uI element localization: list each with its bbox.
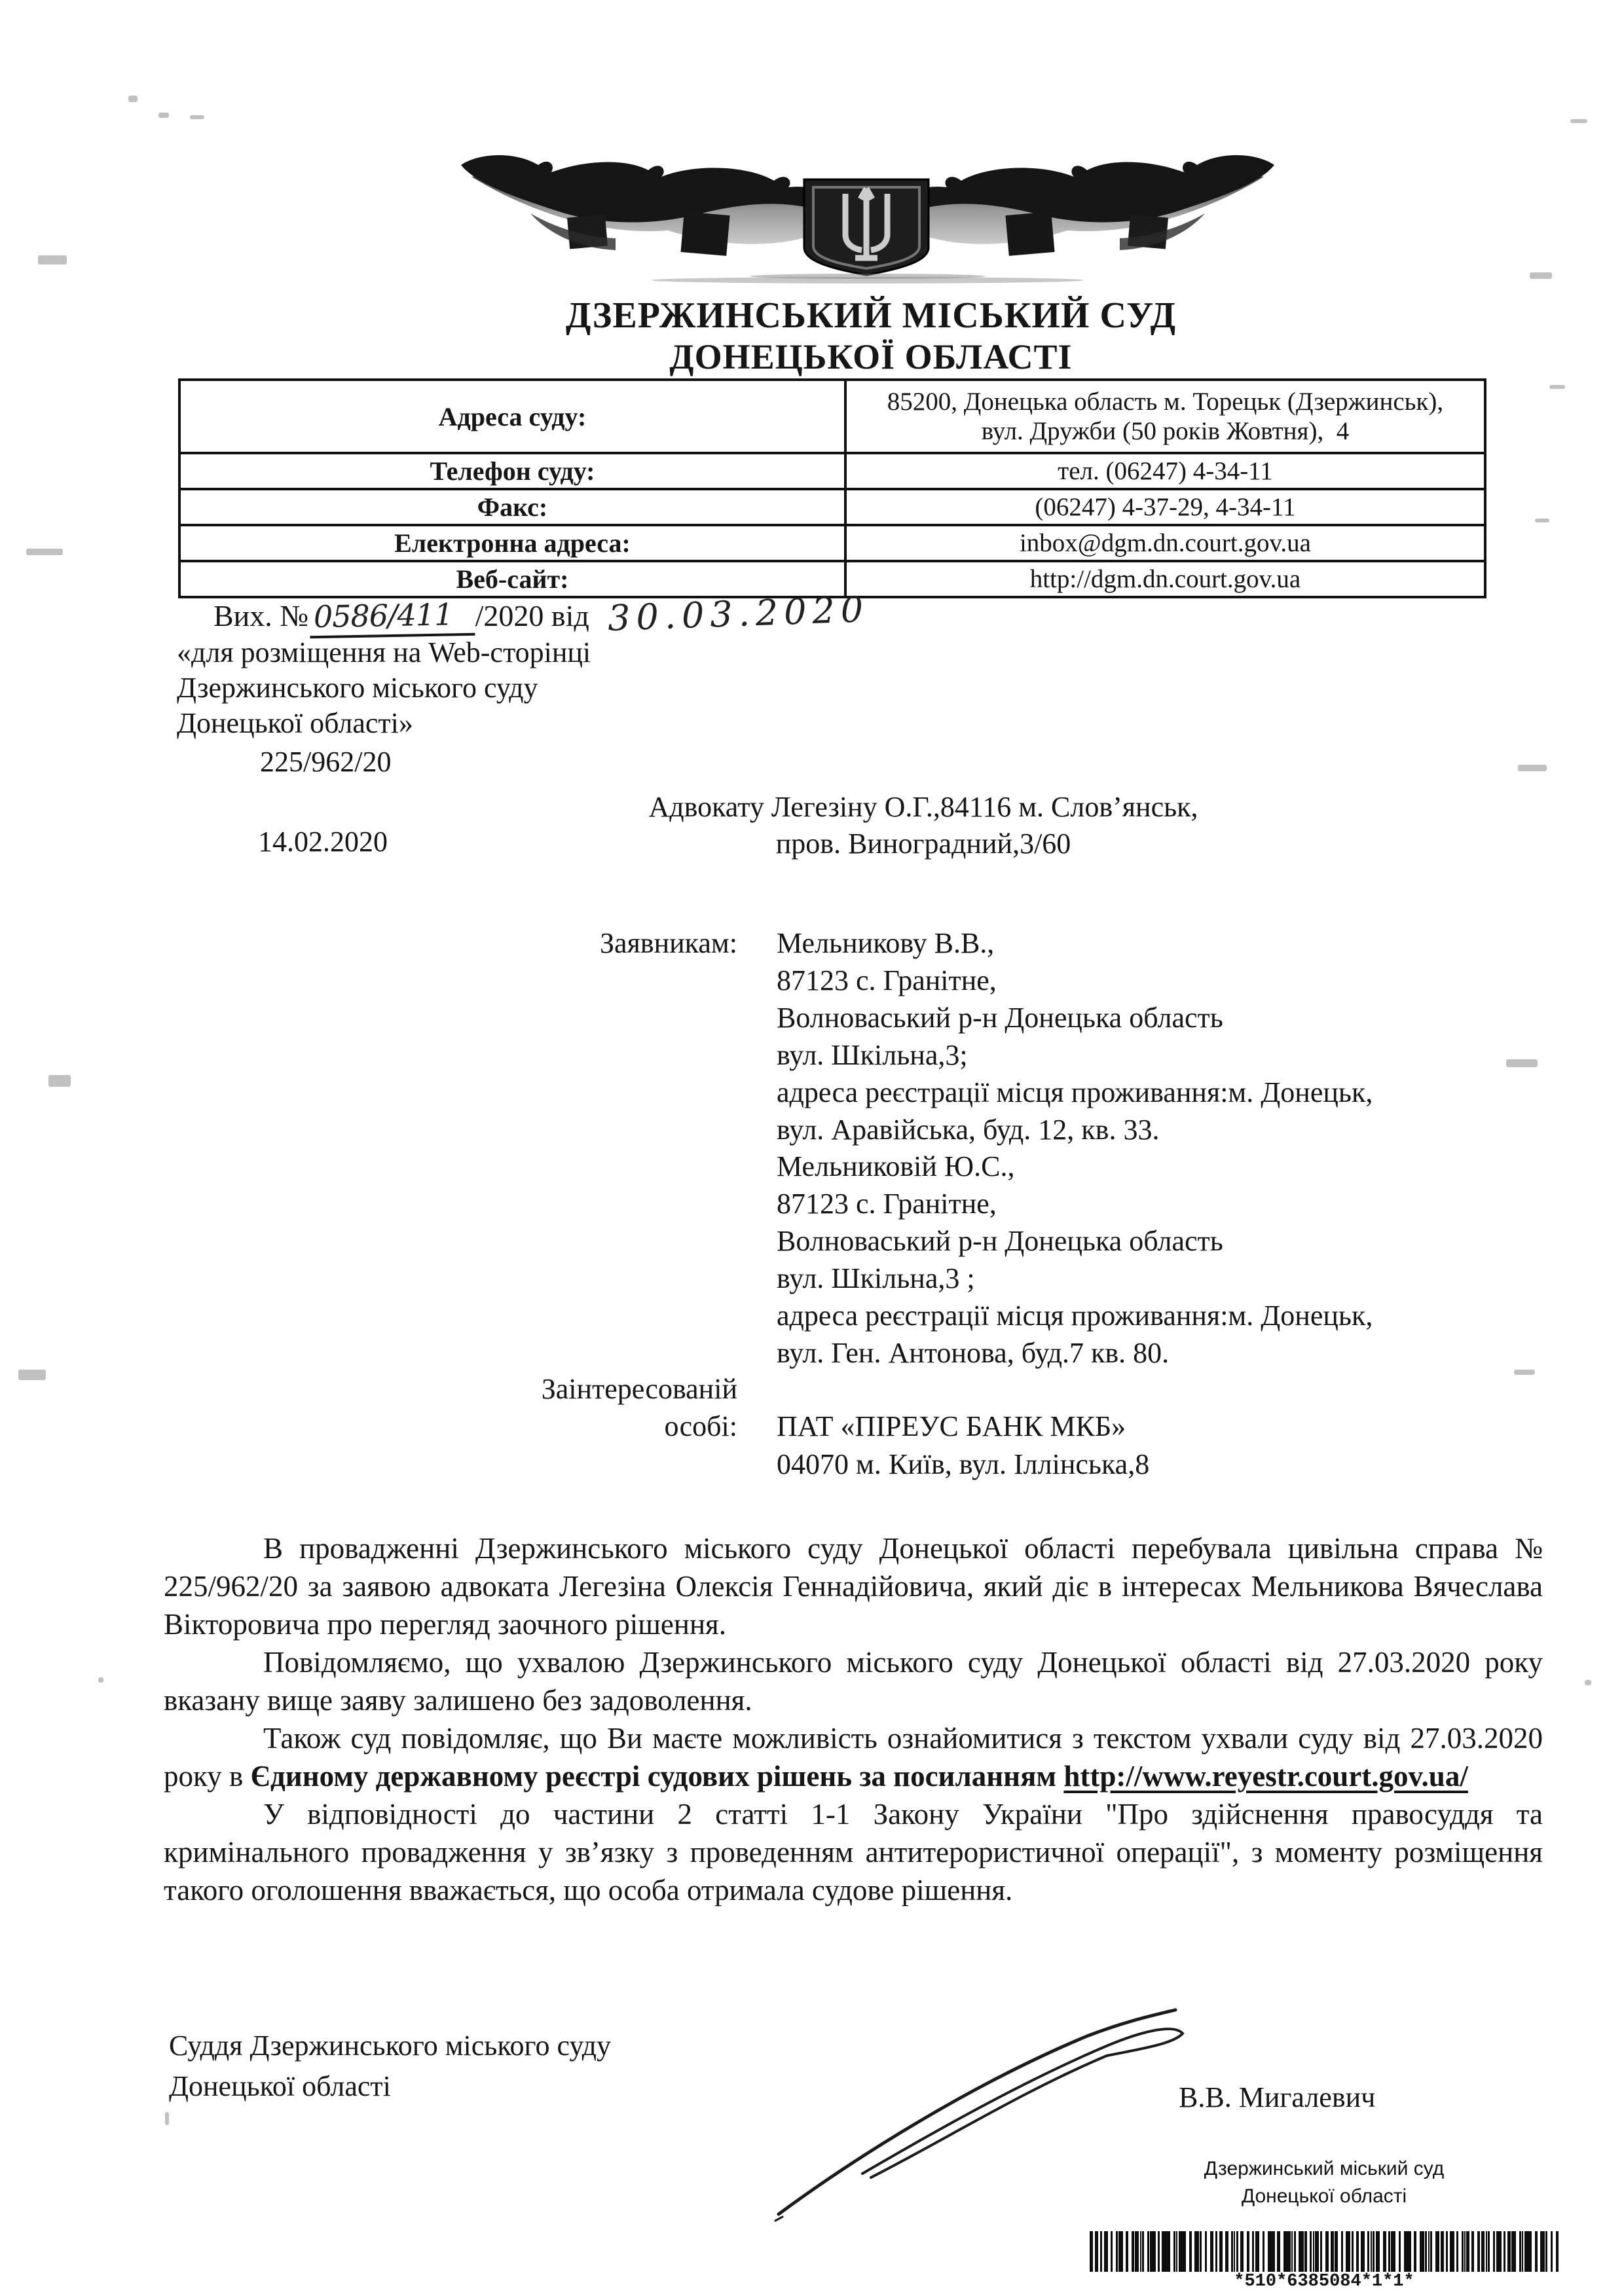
judge-title-line2: Донецької області <box>169 2066 611 2107</box>
address-line: 87123 с. Гранітне, <box>777 1185 1373 1222</box>
row-value: http://dgm.dn.court.gov.ua <box>845 561 1485 597</box>
advocate-address: Адвокату Легезіну О.Г.,84116 м. Слов’янс… <box>576 789 1270 862</box>
winged-trident-emblem-icon <box>452 151 1283 285</box>
body-paragraph-1: В провадженні Дзержинського міського суд… <box>164 1529 1543 1643</box>
scan-artifact <box>98 1677 103 1683</box>
body-paragraph-2: Повідомляємо, що ухвалою Дзержинського м… <box>164 1643 1543 1719</box>
address-line: вул. Аравійська, буд. 12, кв. 33. <box>777 1111 1373 1148</box>
scan-artifact <box>1518 765 1547 771</box>
scan-artifact <box>1530 272 1552 279</box>
scan-artifact <box>1585 1680 1591 1685</box>
scan-artifact <box>190 115 204 119</box>
registry-url: http://www.reyestr.court.gov.ua/ <box>1063 1760 1467 1793</box>
judge-name: В.В. Мигалевич <box>1179 2081 1375 2114</box>
applicants-label: Заявникам: <box>453 924 737 962</box>
address-line: адреса реєстрації місця проживання:м. До… <box>777 1297 1373 1334</box>
scan-artifact <box>38 255 67 264</box>
scan-artifact <box>1506 1059 1538 1067</box>
address-line: Мельниковій Ю.С., <box>777 1148 1373 1185</box>
note-line: Дзержинського міського суду <box>177 670 591 706</box>
address-line: адреса реєстрації місця проживання:м. До… <box>777 1074 1373 1111</box>
scan-artifact <box>158 113 169 118</box>
row-value: (06247) 4-37-29, 4-34-11 <box>845 489 1485 525</box>
row-label: Електронна адреса: <box>179 525 845 561</box>
court-contact-table: Адреса суду: 85200, Донецька область м. … <box>178 378 1486 598</box>
address-line: вул. Ген. Антонова, буд.7 кв. 80. <box>777 1334 1373 1372</box>
judge-title-line1: Суддя Дзержинського міського суду <box>169 2026 611 2066</box>
row-label: Веб-сайт: <box>179 561 845 597</box>
stamp-line2: Донецької області <box>1090 2183 1559 2210</box>
address-line: Волноваський р-н Донецька область <box>777 1222 1373 1260</box>
barcode-text: *510*6385084*1*1* <box>1090 2272 1559 2291</box>
address-line: Волноваський р-н Донецька область <box>777 999 1373 1036</box>
scan-artifact <box>1549 385 1565 389</box>
body-paragraph-4: У відповідності до частини 2 статті 1-1 … <box>164 1795 1543 1909</box>
scanned-court-letter-page: ДЗЕРЖИНСЬКИЙ МІСЬКИЙ СУД ДОНЕЦЬКОЇ ОБЛАС… <box>0 0 1624 2296</box>
outgoing-reference-line: Вих. №0586/411/2020 від30.03.2020 <box>213 593 869 637</box>
placement-note: «для розміщення на Web-сторінці Дзержинс… <box>177 635 591 741</box>
scan-artifact <box>1570 119 1587 123</box>
address-line: ПАТ «ПІРЕУС БАНК МКБ» <box>777 1408 1149 1446</box>
stamp-line1: Дзержинський міський суд <box>1090 2155 1559 2183</box>
judge-title: Суддя Дзержинського міського суду Донець… <box>169 2026 611 2107</box>
letter-body: В провадженні Дзержинського міського суд… <box>164 1529 1543 1909</box>
label-line: Заінтересованій <box>453 1370 737 1408</box>
address-line: 04070 м. Київ, вул. Іллінська,8 <box>777 1446 1149 1484</box>
row-value: inbox@dgm.dn.court.gov.ua <box>845 525 1485 561</box>
address-line: Мельникову В.В., <box>777 924 1373 962</box>
outgoing-date-handwritten: 30.03.2020 <box>607 589 870 639</box>
scan-artifact <box>26 549 63 555</box>
interested-party-address: ПАТ «ПІРЕУС БАНК МКБ» 04070 м. Київ, вул… <box>777 1408 1149 1484</box>
outgoing-number-handwritten: 0586/411 <box>310 596 475 638</box>
address-line: вул. Шкільна,3 ; <box>777 1260 1373 1297</box>
scan-artifact <box>128 96 138 102</box>
address-line: вул. Шкільна,3; <box>777 1036 1373 1074</box>
table-row: Факс: (06247) 4-37-29, 4-34-11 <box>179 489 1485 525</box>
note-line: «для розміщення на Web-сторінці <box>177 635 591 670</box>
scan-artifact <box>48 1075 71 1087</box>
table-row: Адреса суду: 85200, Донецька область м. … <box>179 380 1485 453</box>
scan-artifact <box>165 2112 169 2125</box>
table-row: Електронна адреса: inbox@dgm.dn.court.go… <box>179 525 1485 561</box>
court-stamp-text: Дзержинський міський суд Донецької облас… <box>1090 2155 1559 2210</box>
scan-artifact <box>18 1370 46 1380</box>
body-paragraph-3: Також суд повідомляє, що Ви маєте можлив… <box>164 1719 1543 1795</box>
row-label: Телефон суду: <box>179 453 845 489</box>
row-label: Факс: <box>179 489 845 525</box>
note-line: Донецької області» <box>177 706 591 741</box>
barcode <box>1090 2231 1559 2272</box>
registry-name-bold: Єдиному державному реєстрі судових рішен… <box>250 1760 1063 1793</box>
address-line: 87123 с. Гранітне, <box>777 962 1373 999</box>
outgoing-suffix: /2020 від <box>475 599 589 632</box>
case-number: 225/962/20 <box>260 745 391 778</box>
court-name-line1: ДЗЕРЖИНСЬКИЙ МІСЬКИЙ СУД <box>458 295 1283 337</box>
scan-artifact <box>1535 519 1549 522</box>
row-value: тел. (06247) 4-34-11 <box>845 453 1485 489</box>
advocate-line2: пров. Виноградний,3/60 <box>576 826 1270 862</box>
label-line: особі: <box>453 1408 737 1445</box>
court-name-line2: ДОНЕЦЬКОЇ ОБЛАСТІ <box>458 337 1283 377</box>
advocate-line1: Адвокату Легезіну О.Г.,84116 м. Слов’янс… <box>576 789 1270 826</box>
applicant-1-address: Мельникову В.В., 87123 с. Гранітне, Волн… <box>777 924 1373 1148</box>
table-row: Телефон суду: тел. (06247) 4-34-11 <box>179 453 1485 489</box>
row-label: Адреса суду: <box>179 380 845 453</box>
row-value: 85200, Донецька область м. Торецьк (Дзер… <box>845 380 1485 453</box>
interested-party-label: Заінтересованій особі: <box>453 1370 737 1445</box>
applicant-2-address: Мельниковій Ю.С., 87123 с. Гранітне, Вол… <box>777 1148 1373 1372</box>
outgoing-prefix: Вих. № <box>213 599 308 632</box>
letter-date: 14.02.2020 <box>258 825 388 858</box>
scan-artifact <box>1514 1370 1535 1375</box>
